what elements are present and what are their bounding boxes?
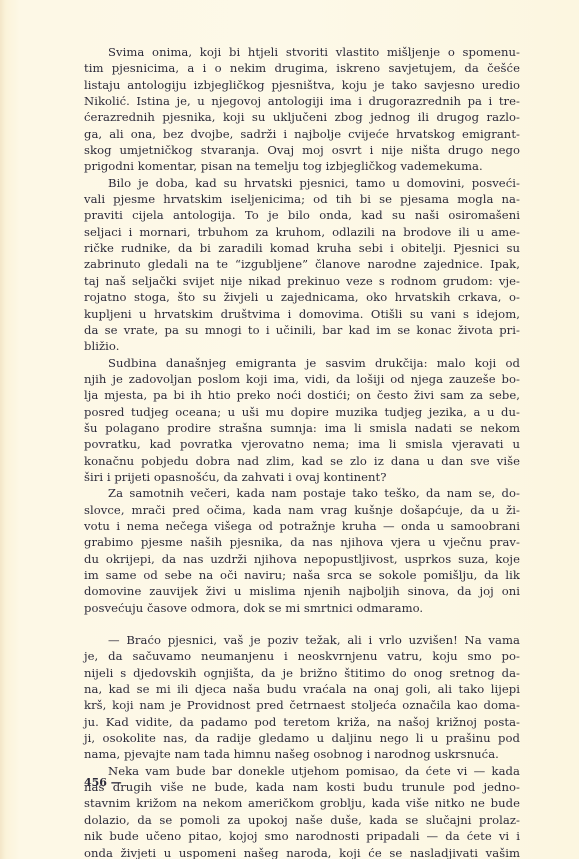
paragraph-6: Neka vam bude bar donekle utjehom pomisa… xyxy=(84,763,520,859)
book-page: Svima onima, koji bi htjeli stvoriti vla… xyxy=(0,0,579,859)
text-line: im same od sebe na oči naviru; naša srca… xyxy=(84,567,520,583)
text-line: krš, koji nam je Providnost pred četrnae… xyxy=(84,697,520,713)
text-line: na, kad se mi ili djeca naša budu vraćal… xyxy=(84,681,520,697)
text-line: širi i prijeti opasnošću, da zahvati i o… xyxy=(84,469,520,485)
text-line: rojatno stoga, što su živjeli u zajednic… xyxy=(84,289,520,305)
text-line: vali pjesme hrvatskim iseljenicima; od t… xyxy=(84,191,520,207)
text-line: ričke rudnike, da bi zaradili komad kruh… xyxy=(84,240,520,256)
text-line: lja mjesta, pa bi ih htio preko noći dos… xyxy=(84,387,520,403)
text-line: Neka vam bude bar donekle utjehom pomisa… xyxy=(84,763,520,779)
text-line: praviti cijela antologija. To je bilo on… xyxy=(84,207,520,223)
text-line: grabimo pjesme naših pjesnika, da nas nj… xyxy=(84,534,520,550)
text-line: konačnu pobjedu dobra nad zlim, kad se z… xyxy=(84,453,520,469)
text-line: ju. Kad vidite, da padamo pod teretom kr… xyxy=(84,714,520,730)
text-line: zabrinuto gledali na te “izgubljene” čla… xyxy=(84,256,520,272)
text-line: slovce, mrači pred očima, kada nam vrag … xyxy=(84,502,520,518)
text-line: bližio. xyxy=(84,338,520,354)
text-line: ćerazrednih pjesnika, koji su uključeni … xyxy=(84,109,520,125)
text-line: nijeli s djedovskih ognjišta, da je briž… xyxy=(84,665,520,681)
paragraph-1: Svima onima, koji bi htjeli stvoriti vla… xyxy=(84,44,520,175)
text-line: Svima onima, koji bi htjeli stvoriti vla… xyxy=(84,44,520,60)
text-line: posvećuju časove odmora, dok se mi smrtn… xyxy=(84,600,520,616)
text-line: posred tudjeg oceana; u uši mu dopire mu… xyxy=(84,404,520,420)
text-line: da se vrate, pa su mnogi to i učinili, b… xyxy=(84,322,520,338)
text-line: nas drugih više ne bude, kada nam kosti … xyxy=(84,779,520,795)
section-gap xyxy=(84,616,520,632)
page-number: 456 — xyxy=(84,776,122,789)
text-line: kupljeni u hrvatskim društvima i domovim… xyxy=(84,306,520,322)
text-line: njih je zadovoljan poslom koji ima, vidi… xyxy=(84,371,520,387)
text-line: onda živjeti u uspomeni našeg naroda, ko… xyxy=(84,845,520,859)
text-line: povratku, kad povratka vjerovatno nema; … xyxy=(84,436,520,452)
text-line: taj naš seljački svijet nije nikad preki… xyxy=(84,273,520,289)
text-line: nik bude učeno pitao, kojoj smo narodnos… xyxy=(84,828,520,844)
text-line: votu i nema nečega višega od potražnje k… xyxy=(84,518,520,534)
text-line: Nikolić. Istina je, u njegovoj antologij… xyxy=(84,93,520,109)
text-line: Sudbina današnjeg emigranta je sasvim dr… xyxy=(84,355,520,371)
text-line: seljaci i mornari, trbuhom za kruhom, od… xyxy=(84,224,520,240)
text-line: dolazio, da se pomoli za upokoj naše duš… xyxy=(84,812,520,828)
text-line: šu polagano prodire strašna sumnja: ima … xyxy=(84,420,520,436)
text-line: Za samotnih večeri, kada nam postaje tak… xyxy=(84,485,520,501)
text-line: stavnim križom na nekom američkom groblj… xyxy=(84,795,520,811)
text-line: Bilo je doba, kad su hrvatski pjesnici, … xyxy=(84,175,520,191)
paragraph-4: Za samotnih večeri, kada nam postaje tak… xyxy=(84,485,520,616)
text-line: du okrijepi, da nas uzdrži njihova nepop… xyxy=(84,551,520,567)
paragraph-2: Bilo je doba, kad su hrvatski pjesnici, … xyxy=(84,175,520,355)
text-line: ji, osokolite nas, da radije gledamo u d… xyxy=(84,730,520,746)
text-line: nama, pjevajte nam tada himnu našeg osob… xyxy=(84,746,520,762)
text-line: je, da sačuvamo neumanjenu i neoskvrnjen… xyxy=(84,648,520,664)
text-line: listaju antologiju izbjegličkog pjesništ… xyxy=(84,77,520,93)
body-text: Svima onima, koji bi htjeli stvoriti vla… xyxy=(84,44,520,859)
text-line: skog umjetničkog stvaranja. Ovaj moj osv… xyxy=(84,142,520,158)
paragraph-5: — Braćo pjesnici, vaš je poziv težak, al… xyxy=(84,632,520,763)
text-line: ga, ali ona, bez dvojbe, sadrži i najbol… xyxy=(84,126,520,142)
paragraph-3: Sudbina današnjeg emigranta je sasvim dr… xyxy=(84,355,520,486)
text-line: — Braćo pjesnici, vaš je poziv težak, al… xyxy=(84,632,520,648)
text-line: tim pjesnicima, a i o nekim drugima, isk… xyxy=(84,60,520,76)
text-line: prigodni komentar, pisan na temelju tog … xyxy=(84,158,520,174)
text-line: domovine zauvijek živi u mislima njenih … xyxy=(84,583,520,599)
